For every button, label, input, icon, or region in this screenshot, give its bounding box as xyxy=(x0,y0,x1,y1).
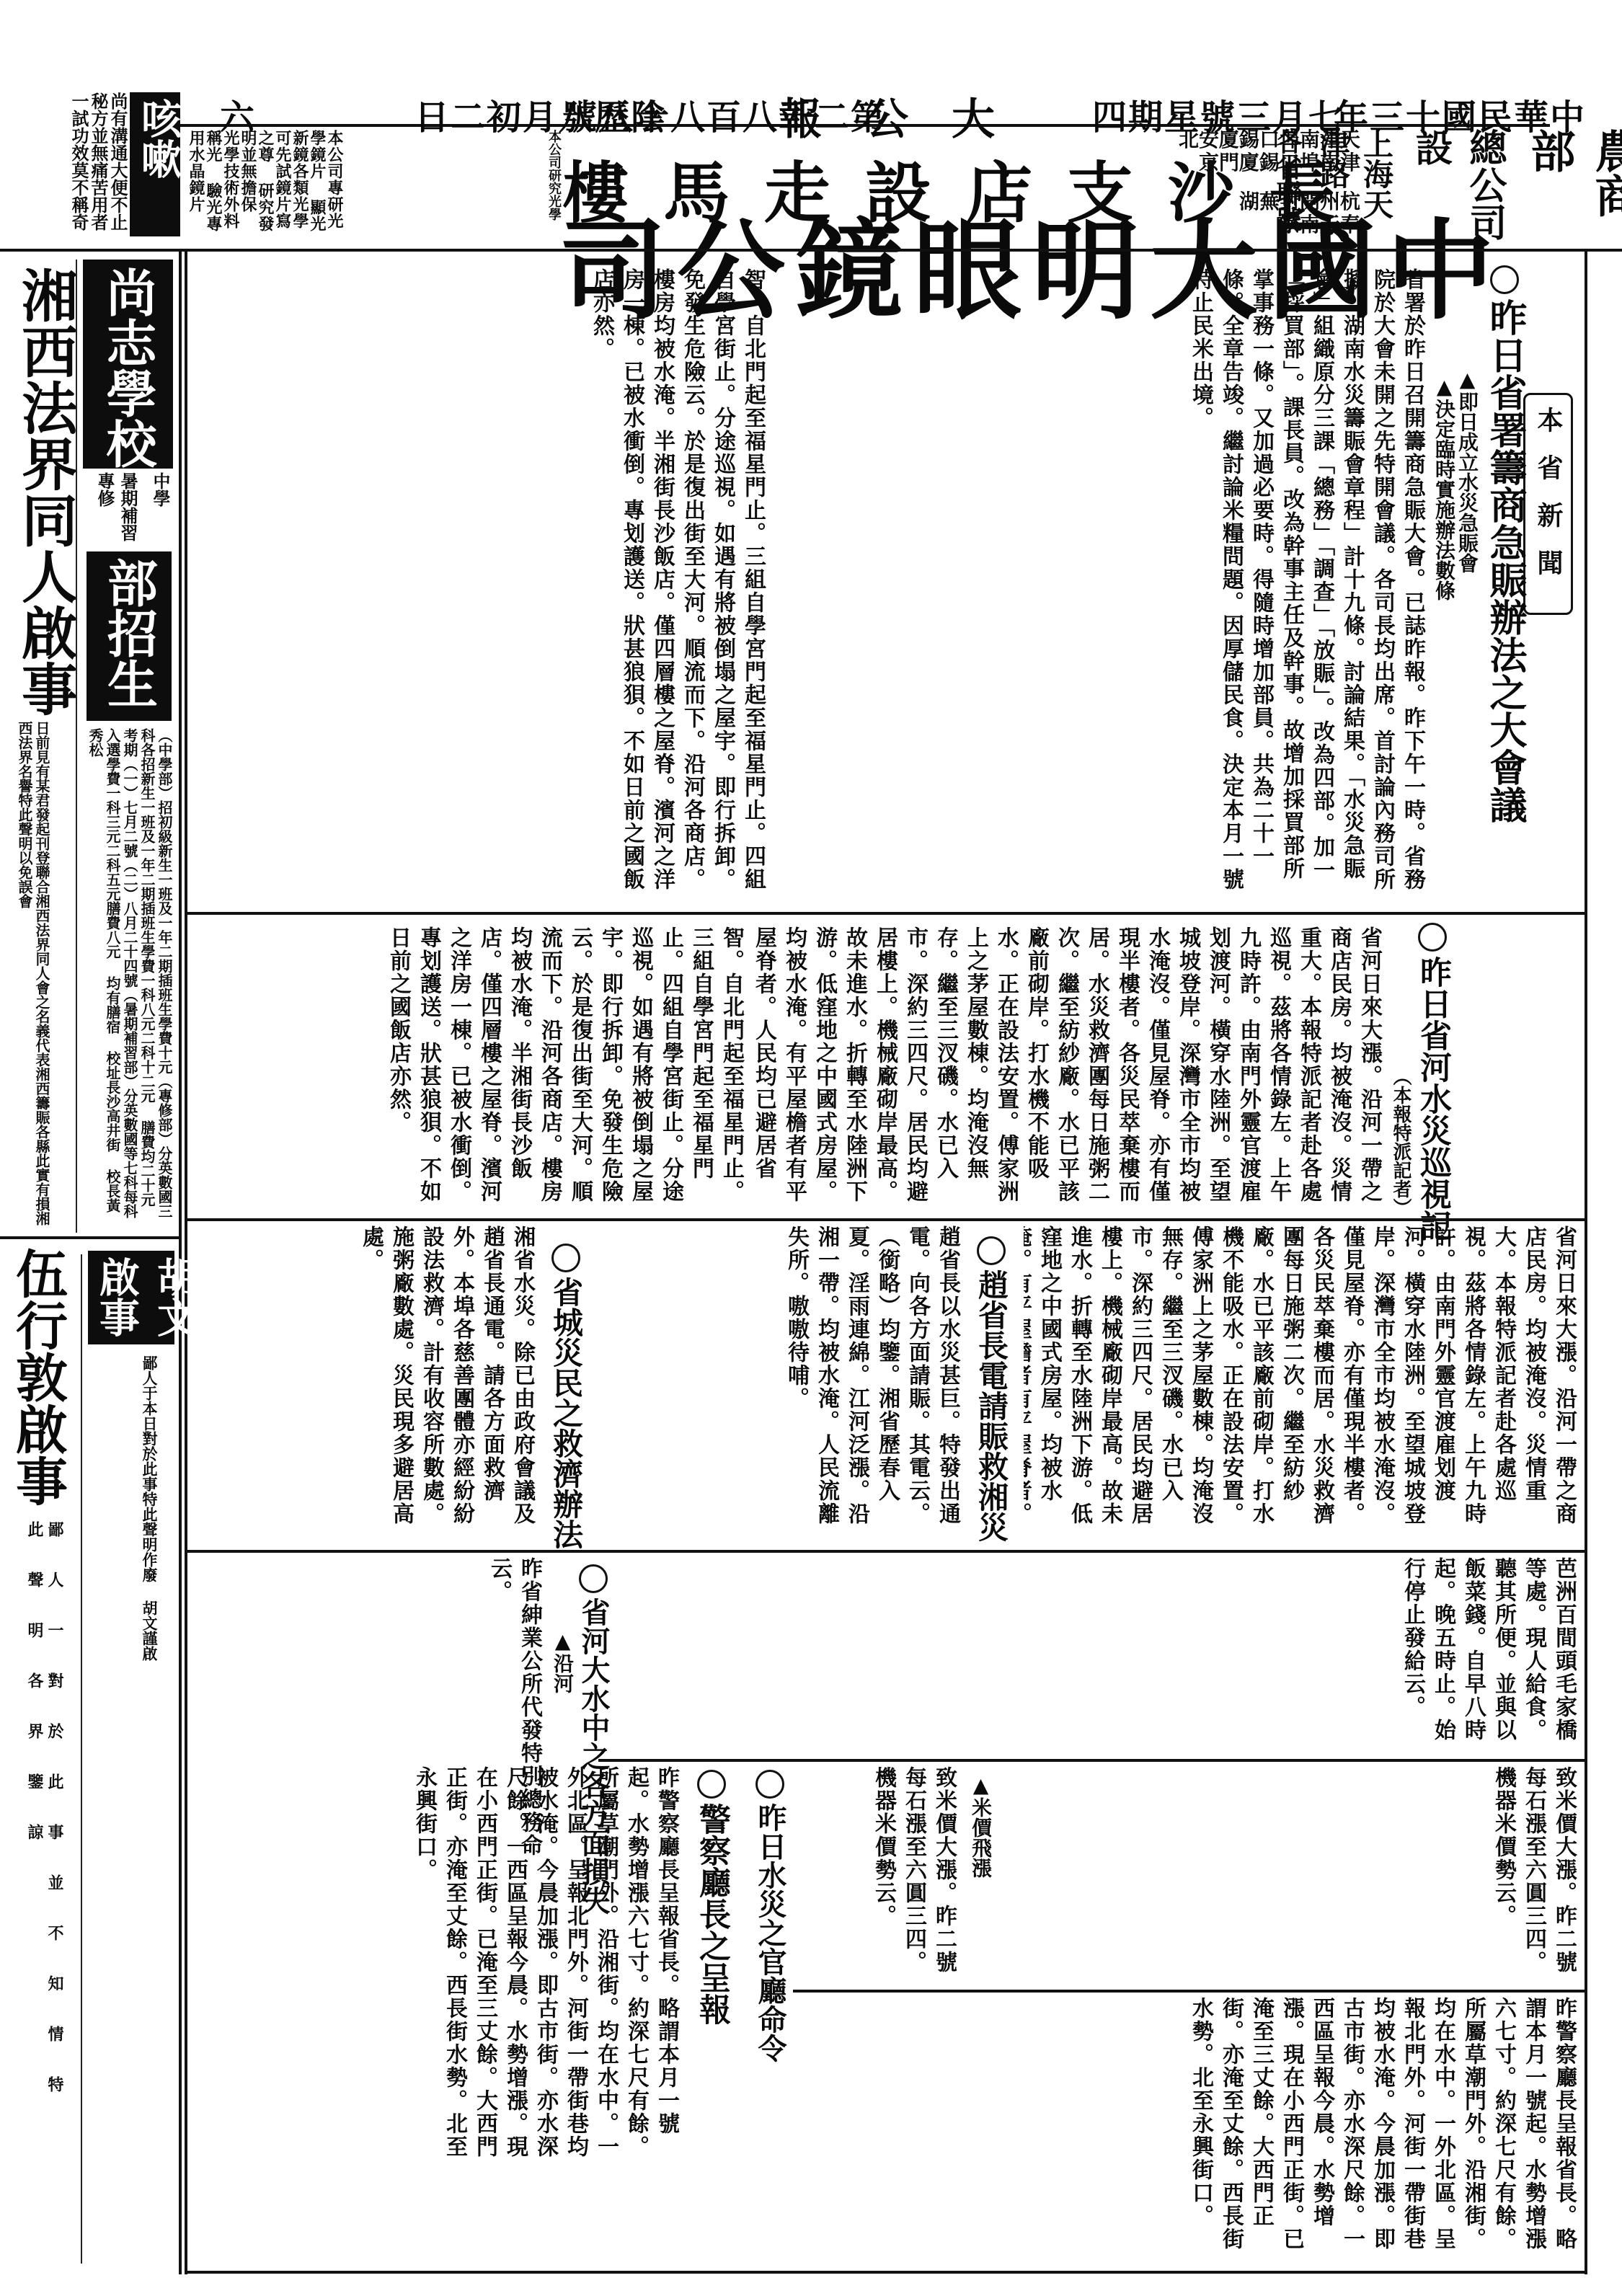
article-rice-price-left: 致米價大漲。昨二號每石漲至六圓三四。機器米價勢云。 xyxy=(793,1766,959,1982)
circle-mark-icon xyxy=(755,1770,784,1799)
headline-police-chief-report: 警察廳長之呈報 xyxy=(688,1770,735,2025)
headline-relief-conference: 昨日省署籌商急賑辦法之大會議 xyxy=(1478,265,1532,823)
cough-ad-title: 咳嗽 xyxy=(130,98,187,179)
bottom-rule-right xyxy=(793,1990,1585,1993)
headline-text: 趙省長電請賑救湘災 xyxy=(974,1269,1009,1542)
circle-mark-icon xyxy=(1418,923,1447,952)
headline-text: 昨日省署籌商急賑辦法之大會議 xyxy=(1483,298,1526,823)
article-losses-body: 芭洲百間頭毛家橋等處。現人給食。聽其所便。並與以飯菜錢。自早八時起。晚五時止。始… xyxy=(649,1557,1579,1752)
headline-refugee-relief: 省城災民之救濟辦法 xyxy=(544,1244,588,1549)
article-police-chief-report-body: 昨警察廳長呈報省長。略謂本月一號起。水勢增漲六七寸。約深七尺有餘。所屬草潮門外。… xyxy=(278,1766,681,2173)
banner-ad-registration: 農商部 總公司設 上海天津路 各省聯號 xyxy=(1269,128,1622,244)
cough-ad-body: 尚有溝通大便不止秘方並無痛苦用者一試功效莫不稱奇 xyxy=(9,92,128,244)
cough-ad-title-box: 咳嗽 xyxy=(130,92,180,236)
subhead-losses-riverside: ▲沿河 xyxy=(548,1629,577,1693)
lens-ad-small-text: 本公司專研光學鏡片 顯光新鏡各類光學 可先試鏡片寫之尊 研究發明並無擔保 光學技… xyxy=(187,130,548,241)
school-name-box: 尚志學校 xyxy=(83,260,173,469)
page-bottom-rule xyxy=(185,2271,1585,2274)
enroll-title-box: 部招生 xyxy=(87,551,172,721)
byline-special-reporter: （本報特派記者） xyxy=(1388,1067,1414,1217)
article-inspection-groups: 智。自北門起至福星門止。三組自學宮門起至福星門止。四組自學宮街止。分途巡視。如遇… xyxy=(191,926,746,1211)
school-ad-body: （中學部）招初級新生一班及一年二期插班生學費十元（專修部）分英數國三科各招新生一… xyxy=(79,728,173,1218)
article-bottom-right-body: 昨警察廳長呈報省長。略謂本月一號起。水勢增漲六七寸。約深七尺有餘。所屬草潮門外。… xyxy=(793,1997,1579,2271)
headline-text: 省城災民之救濟辦法 xyxy=(549,1277,584,1549)
hu-notice-title: 胡文啟事 xyxy=(88,1256,203,1343)
headline-river-flood-tour: 昨日省河水災巡視記 xyxy=(1409,923,1455,1241)
law-notice-body: 日前見有某君發起刊登聯合湘西法界同人會之名義代表湘西籌賑各縣此實有損湘西法界名譽… xyxy=(14,721,50,1225)
article-relief-continuation: 智。自北門起至福星門止。三組自學宮門起至福星門止。四組自學宮街止。分途巡視。如遇… xyxy=(191,268,768,903)
headline-text: 警察廳長之呈報 xyxy=(693,1803,730,2025)
circle-mark-icon xyxy=(697,1770,726,1799)
school-subtitle-summer: 暑期補習 xyxy=(115,472,141,541)
circle-mark-icon xyxy=(1490,265,1519,294)
circle-mark-icon xyxy=(579,1564,608,1593)
wu-notice-body: 鄙人一對於此事並不知情特此聲明各界鑒諒 xyxy=(22,1521,65,2170)
enroll-title: 部招生 xyxy=(93,557,166,709)
law-notice-title: 湘西法界同人啟事 xyxy=(14,267,75,717)
school-subtitle-middle-school: 中學 xyxy=(148,472,173,507)
school-subtitle-special: 專修 xyxy=(92,472,118,507)
hu-notice-body: 鄙人于本日對於此事特此聲明作廢 胡文謹啟 xyxy=(137,1355,159,1730)
headline-text: 昨日省河水災巡視記 xyxy=(1414,956,1451,1241)
headline-flood-official-order: 昨日水災之官廳命令 xyxy=(750,1770,791,2062)
registration-col: 上海天津路 xyxy=(1311,128,1398,244)
circle-mark-icon xyxy=(551,1244,580,1272)
article-river-flood-tour-cont: 省河日來大漲。沿河一帶之商店民房。均被淹沒。災情重大。本報特派記者赴各處巡視。茲… xyxy=(1024,1225,1579,1543)
article-governor-telegram-body: 趙省長以水災甚巨。特發出通電。向各方面請賑。其電云。（銜略）均鑒。湘省歷春入夏。… xyxy=(598,1225,962,1543)
registration-col: 總公司設 xyxy=(1404,128,1512,244)
article-river-flood-tour-body: 省河日來大漲。沿河一帶之商店民房。均被淹沒。災情重大。本報特派記者赴各處巡視。茲… xyxy=(750,926,1384,1211)
wu-notice-divider xyxy=(81,1254,82,2264)
banner-bottom-rule xyxy=(0,249,1622,252)
left-ads-rule xyxy=(0,1236,179,1239)
article-rice-price-body: 致米價大漲。昨二號每石漲至六圓三四。機器米價勢云。 xyxy=(1024,1766,1579,1982)
headline-governor-telegram: 趙省長電請賑救湘災 xyxy=(970,1236,1013,1542)
wu-notice-title: 伍行敦啟事 xyxy=(9,1247,66,1507)
article-refugee-relief-body: 湘省水災。除已由政府會議及趙省長通電。請各方面救濟外。本埠各慈善團體亦經紛紛設法… xyxy=(191,1225,537,1543)
mid-rule-3 xyxy=(598,1759,1585,1762)
law-notice-divider xyxy=(76,260,77,1233)
subhead-rice-price: ▲米價飛漲 xyxy=(966,1773,995,1878)
hu-notice-title-box: 胡文啟事 xyxy=(88,1251,174,1344)
article-relief-conference-body: 省署於昨日召開籌商急賑大會。已誌昨報。昨下午一時。省務院於大會未開之先特開會議。… xyxy=(779,268,1427,903)
headline-text: 昨日水災之官廳命令 xyxy=(753,1803,786,2062)
right-border-rule xyxy=(1585,249,1587,2274)
school-name: 尚志學校 xyxy=(92,267,164,469)
mid-rule-1 xyxy=(185,1218,1585,1221)
registration-col: 各省聯號 xyxy=(1269,128,1306,244)
registration-col: 農商部 xyxy=(1517,128,1622,244)
mid-rule-2 xyxy=(185,1550,1585,1553)
subhead-relief-2: ▲決定臨時實施辦法數條 xyxy=(1430,375,1458,600)
circle-mark-icon xyxy=(977,1236,1006,1265)
upper-fold-rule xyxy=(185,912,1585,915)
